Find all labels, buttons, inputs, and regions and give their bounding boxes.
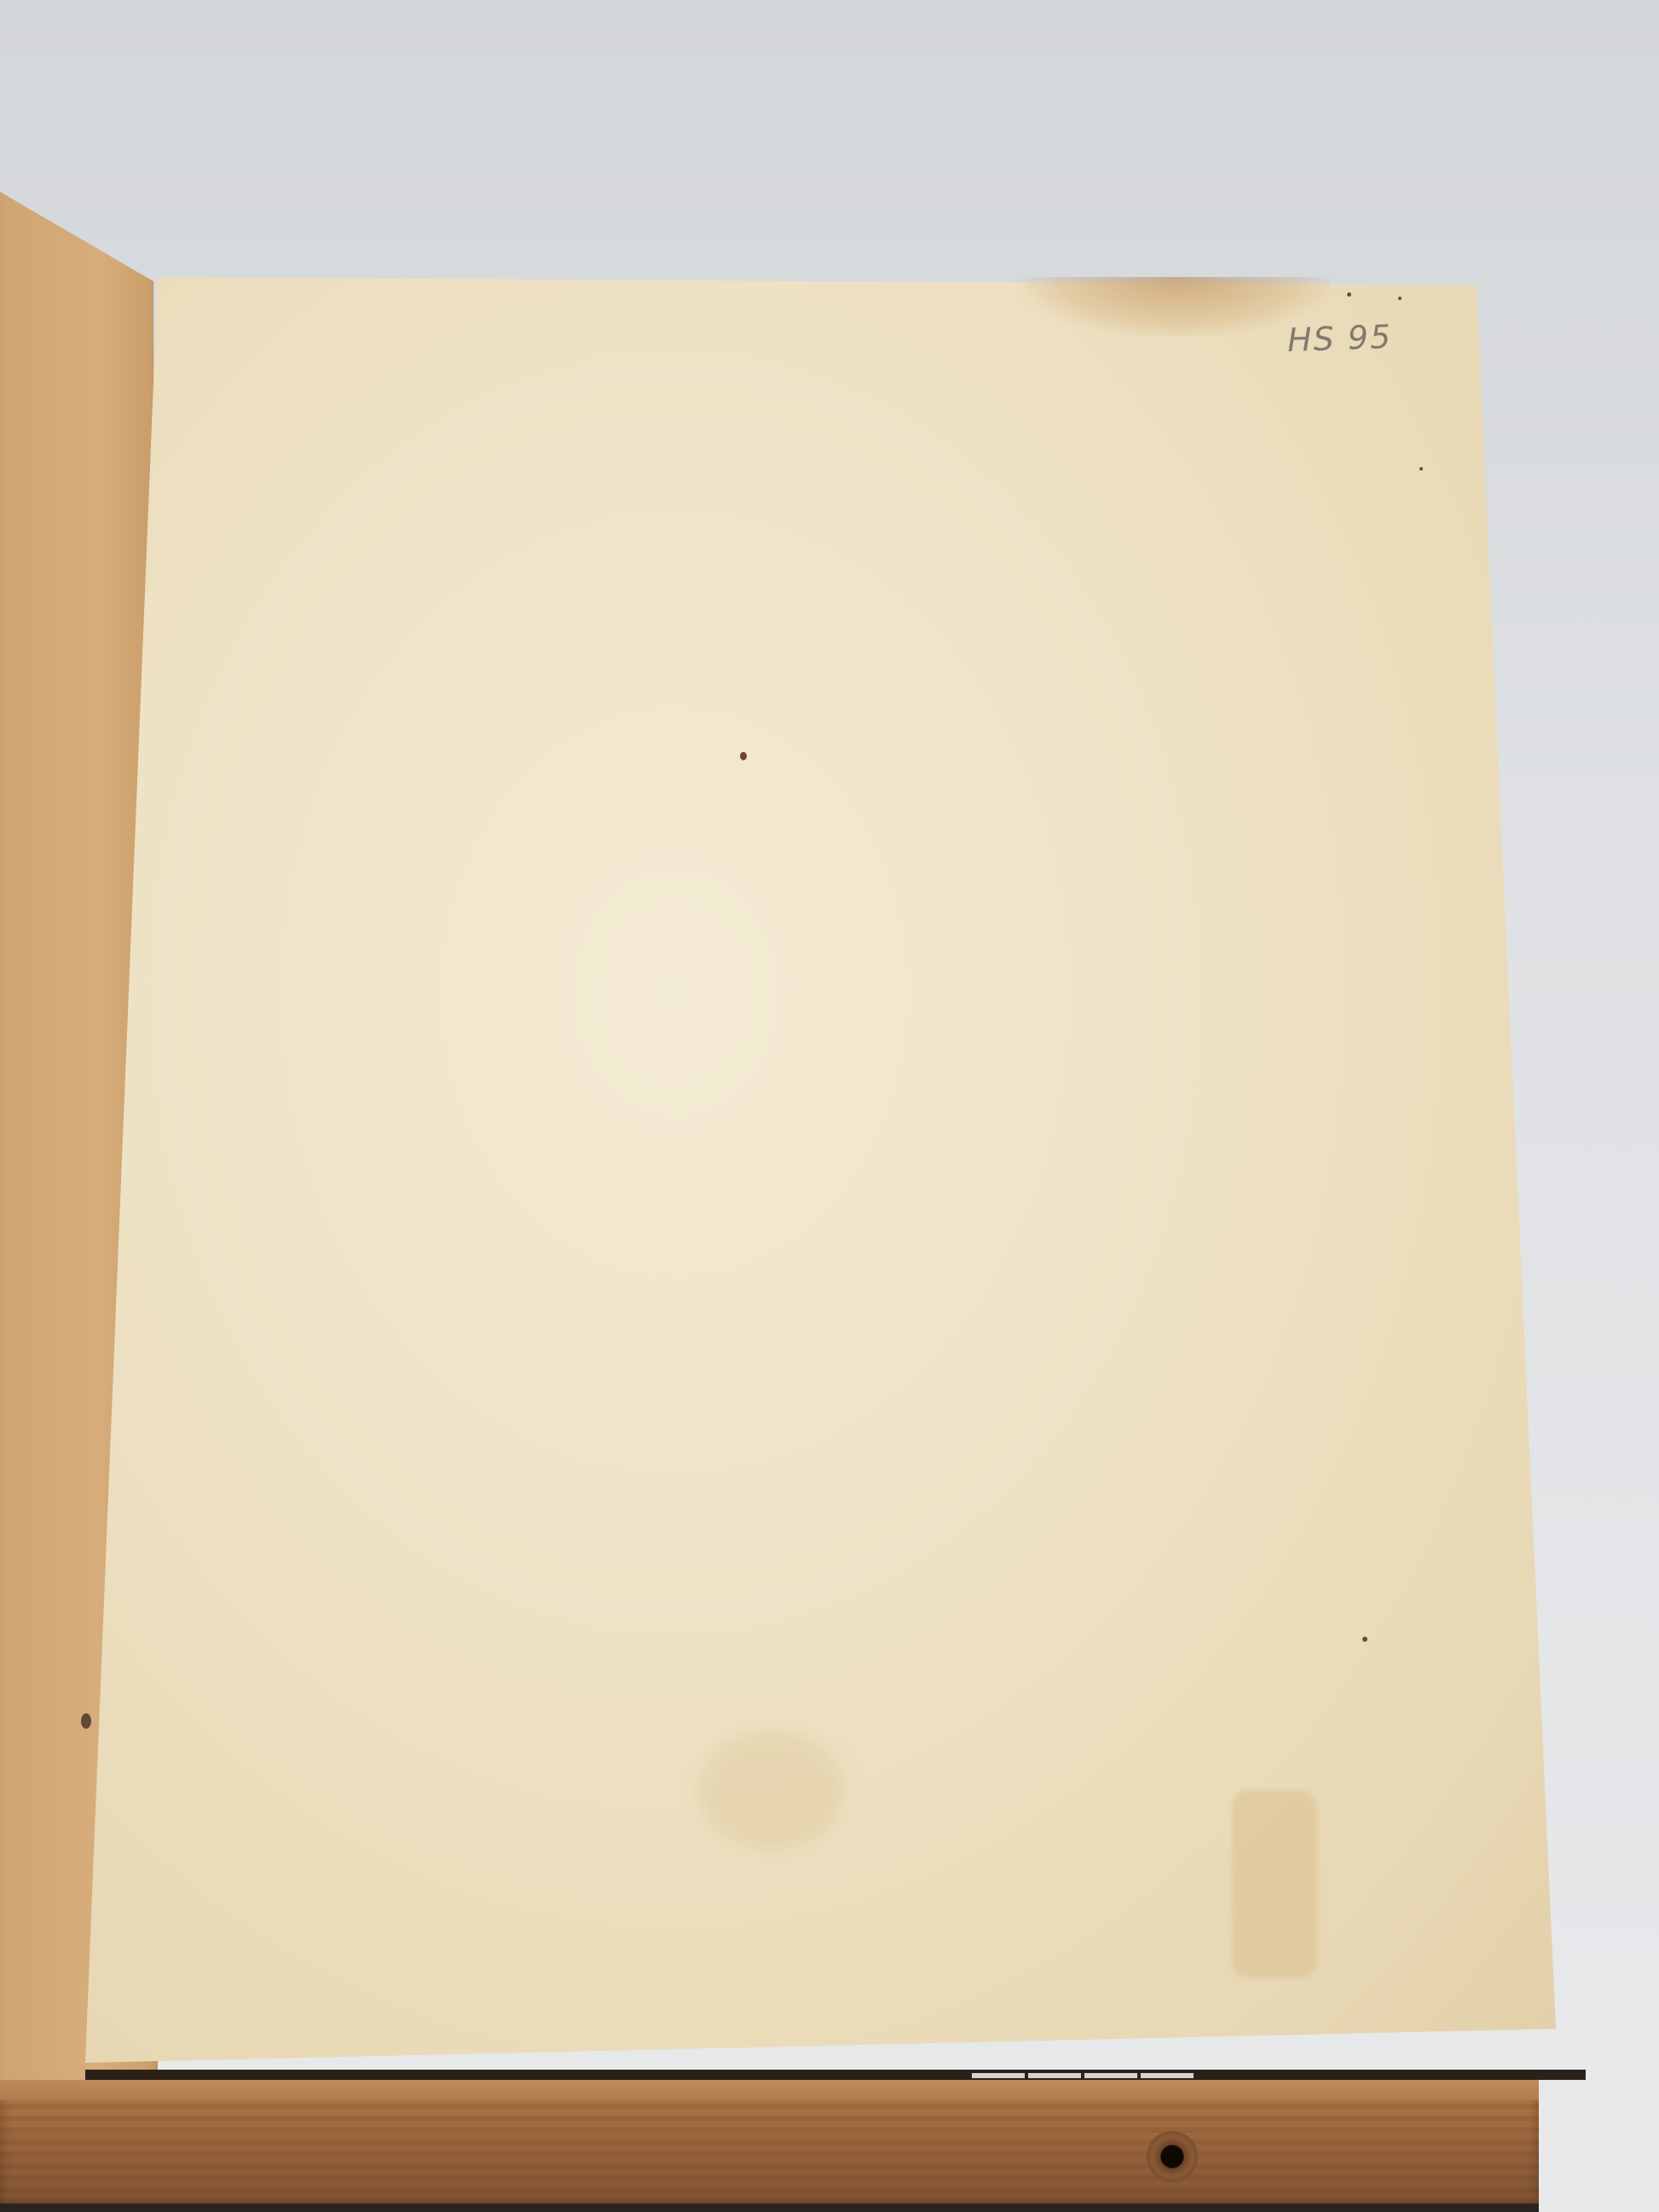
handwritten-note: HS 95 [1286,318,1393,359]
stain-bottom-center [699,1730,844,1850]
speck [740,752,747,760]
speck [1362,1637,1367,1642]
wooden-stand-ledge [0,2080,1539,2100]
page-edge-tabs [972,2073,1194,2078]
stand-shadow [0,2203,1539,2212]
cover-spot [81,1713,91,1729]
page-stand-gap [85,2070,1586,2080]
water-stain-top [1023,277,1330,337]
speck [1347,292,1351,297]
speck [1419,467,1423,471]
stain-bottom-right [1232,1790,1317,1978]
screw-hole [1147,2131,1198,2182]
speck [1398,297,1402,300]
